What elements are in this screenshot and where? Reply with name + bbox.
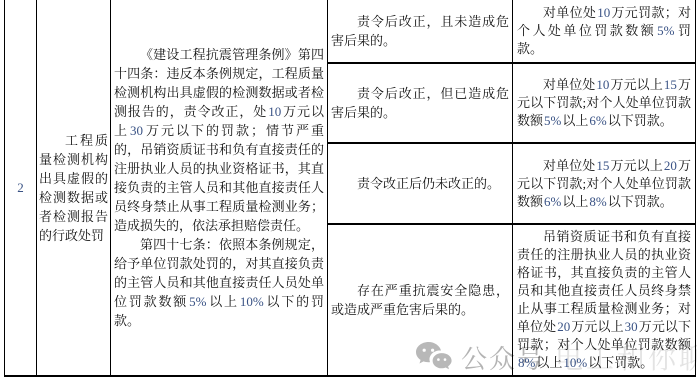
- legal-paragraph-2: 第四十七条：依照本条例规定，给予单位罚款处罚的，对其直接负责的主管人员和其他直接…: [114, 235, 324, 330]
- penalty-cell: 对单位处10万元罚款；对个人处单位罚款数额5%罚款。: [513, 0, 696, 63]
- penalty-cell: 吊销资质证书和负有直接责任的注册执业人员的执业资格证书，其直接负责的主管人员和其…: [513, 224, 696, 376]
- row-number-cell: 2: [5, 0, 37, 376]
- table-row: 2 工程质量检测机构出具虚假的检测数据或者检测报告的行政处罚 《建设工程抗震管理…: [5, 0, 696, 63]
- penalty-cell: 对单位处10万元以上15万元以下罚款;对个人处单位罚款数额5%以上6%以下罚款。: [513, 63, 696, 143]
- penalty-table: 2 工程质量检测机构出具虚假的检测数据或者检测报告的行政处罚 《建设工程抗震管理…: [4, 0, 696, 377]
- situation-cell: 责令后改正，且未造成危害后果的。: [328, 0, 513, 63]
- penalty-cell: 对单位处15万元以上20万元以下罚款;对个人处单位罚款数额6%以上8%以下罚款。: [513, 143, 696, 224]
- situation-cell: 存在严重抗震安全隐患，或造成严重危害后果的。: [328, 224, 513, 376]
- category-cell: 工程质量检测机构出具虚假的检测数据或者检测报告的行政处罚: [37, 0, 111, 376]
- legal-paragraph-1: 《建设工程抗震管理条例》第四十四条：违反本条例规定，工程质量检测机构出具虚假的检…: [114, 45, 324, 235]
- legal-basis-cell: 《建设工程抗震管理条例》第四十四条：违反本条例规定，工程质量检测机构出具虚假的检…: [111, 0, 328, 376]
- document-page: 公众号 电工和你聊电气 2 工程质量检测机构出具虚假的检测数据或者检测报告的行政…: [0, 0, 697, 383]
- situation-cell: 责令改正后仍未改正的。: [328, 143, 513, 224]
- situation-cell: 责令后改正，但已造成危害后果的。: [328, 63, 513, 143]
